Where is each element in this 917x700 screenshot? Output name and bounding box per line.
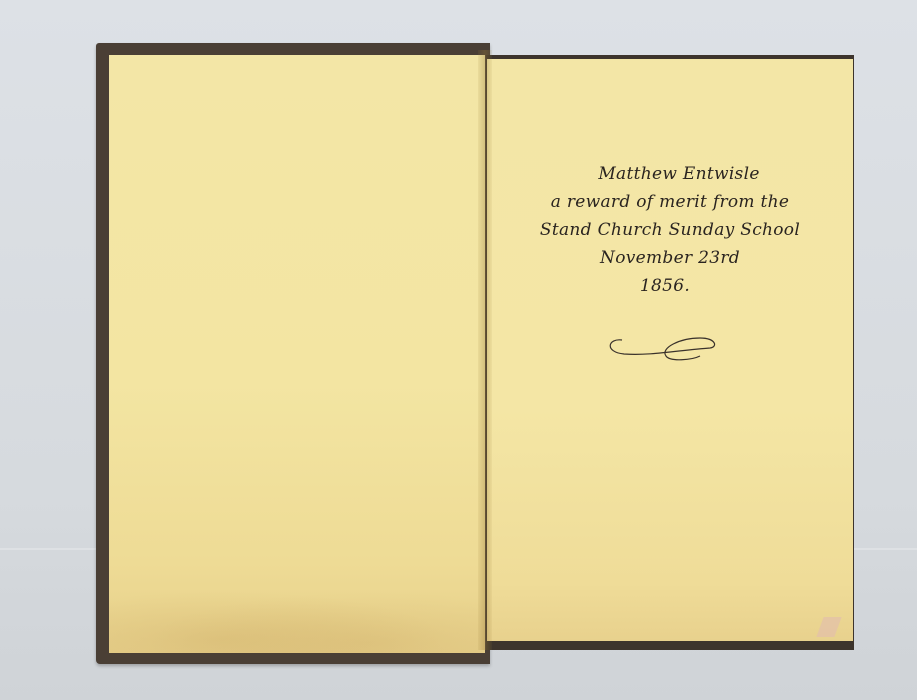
book-gutter bbox=[478, 50, 492, 650]
handwritten-inscription: Matthew Entwisle a reward of merit from … bbox=[487, 160, 853, 300]
inscription-year: 1856. bbox=[477, 272, 853, 300]
inscription-line-2: a reward of merit from the bbox=[487, 188, 853, 216]
front-pastedown-page bbox=[109, 55, 485, 653]
inscription-name: Matthew Entwisle bbox=[505, 160, 853, 188]
inscription-line-3: Stand Church Sunday School bbox=[487, 216, 853, 244]
flourish-icon bbox=[600, 330, 720, 364]
inscription-date: November 23rd bbox=[487, 244, 853, 272]
